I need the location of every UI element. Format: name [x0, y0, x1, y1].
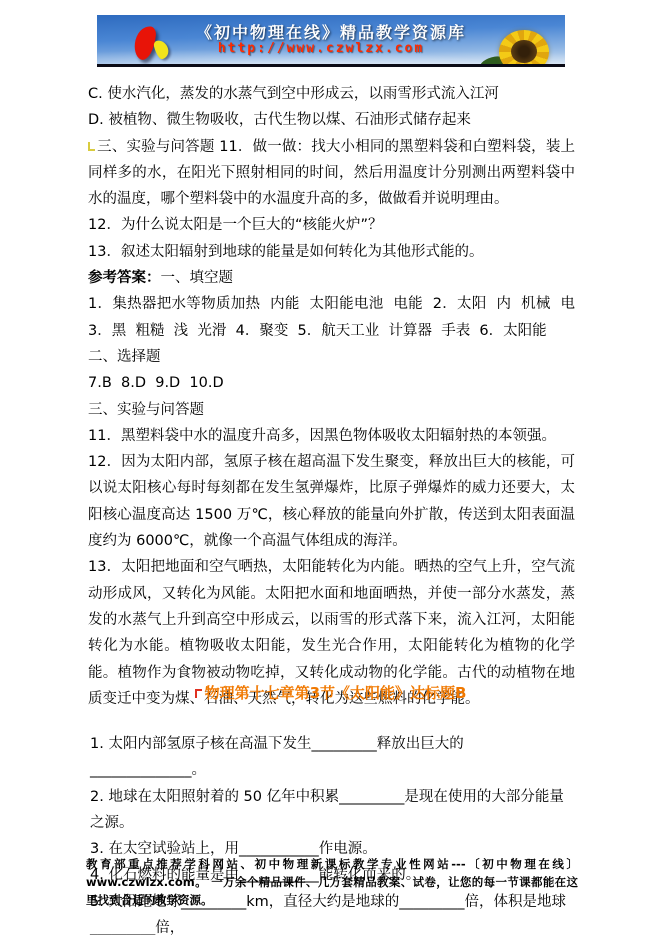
question-12-line: 12．为什么说太阳是一个巨大的“核能火炉”？ — [88, 212, 575, 238]
option-d-line: D. 被植物、微生物吸收，古代生物以煤、石油形式储存起来 — [88, 107, 575, 133]
sunflower-icon — [499, 30, 549, 67]
answer-12-line: 12．因为太阳内部，氢原子核在超高温下发生聚变，释放出巨大的核能，可以说太阳核心… — [88, 449, 575, 554]
answers-heading-label: 参考答案： — [88, 270, 161, 286]
fill-blank-answers-line: 1．集热器把水等物质加热 内能 太阳能电池 电能 2．太阳 内 机械 电 3．黑… — [88, 291, 575, 344]
worksheet-question-1: 1. 太阳内部氢原子核在高温下发生_________释放出巨大的________… — [90, 731, 575, 784]
section-title: 物理第十七章第3节《太阳能》达标题B — [0, 682, 661, 703]
site-url-link[interactable]: http://www.czwlzx.com — [137, 41, 505, 56]
page-footer: 教育部重点推荐学科网站、初中物理新课标教学专业性网站---〔初中物理在线〕www… — [86, 855, 578, 909]
answers-heading-line: 参考答案：一、填空题 — [88, 265, 575, 291]
option-c-line: C. 使水汽化，蒸发的水蒸气到空中形成云，以雨雪形式流入江河 — [88, 81, 575, 107]
experiment-section-line: 三、实验与问答题 11．做一做：找大小相同的黑塑料袋和白塑料袋，装上同样多的水，… — [88, 134, 575, 213]
site-banner: 《初中物理在线》精品教学资源库 http://www.czwlzx.com — [97, 15, 565, 67]
choice-answers-line: 7.B 8.D 9.D 10.D — [88, 370, 575, 396]
document-body: C. 使水汽化，蒸发的水蒸气到空中形成云，以雨雪形式流入江河 D. 被植物、微生… — [88, 81, 575, 712]
site-title: 《初中物理在线》精品教学资源库 — [157, 20, 505, 43]
section-title-text: 物理第十七章第3节《太阳能》达标题B — [205, 684, 467, 702]
choice-section-heading: 二、选择题 — [88, 344, 575, 370]
answer-11-line: 11．黑塑料袋中水的温度升高多，因黑色物体吸收太阳辐射热的本领强。 — [88, 423, 575, 449]
experiment-section-heading: 三、实验与问答题 — [88, 397, 575, 423]
bookmark-icon — [195, 689, 202, 698]
question-13-line: 13．叙述太阳辐射到地球的能量是如何转化为其他形式能的。 — [88, 239, 575, 265]
worksheet-page: 《初中物理在线》精品教学资源库 http://www.czwlzx.com C.… — [0, 0, 661, 935]
bookmark-icon — [88, 142, 95, 151]
worksheet-question-2: 2. 地球在太阳照射着的 50 亿年中积累_________是现在使用的大部分能… — [90, 784, 575, 837]
